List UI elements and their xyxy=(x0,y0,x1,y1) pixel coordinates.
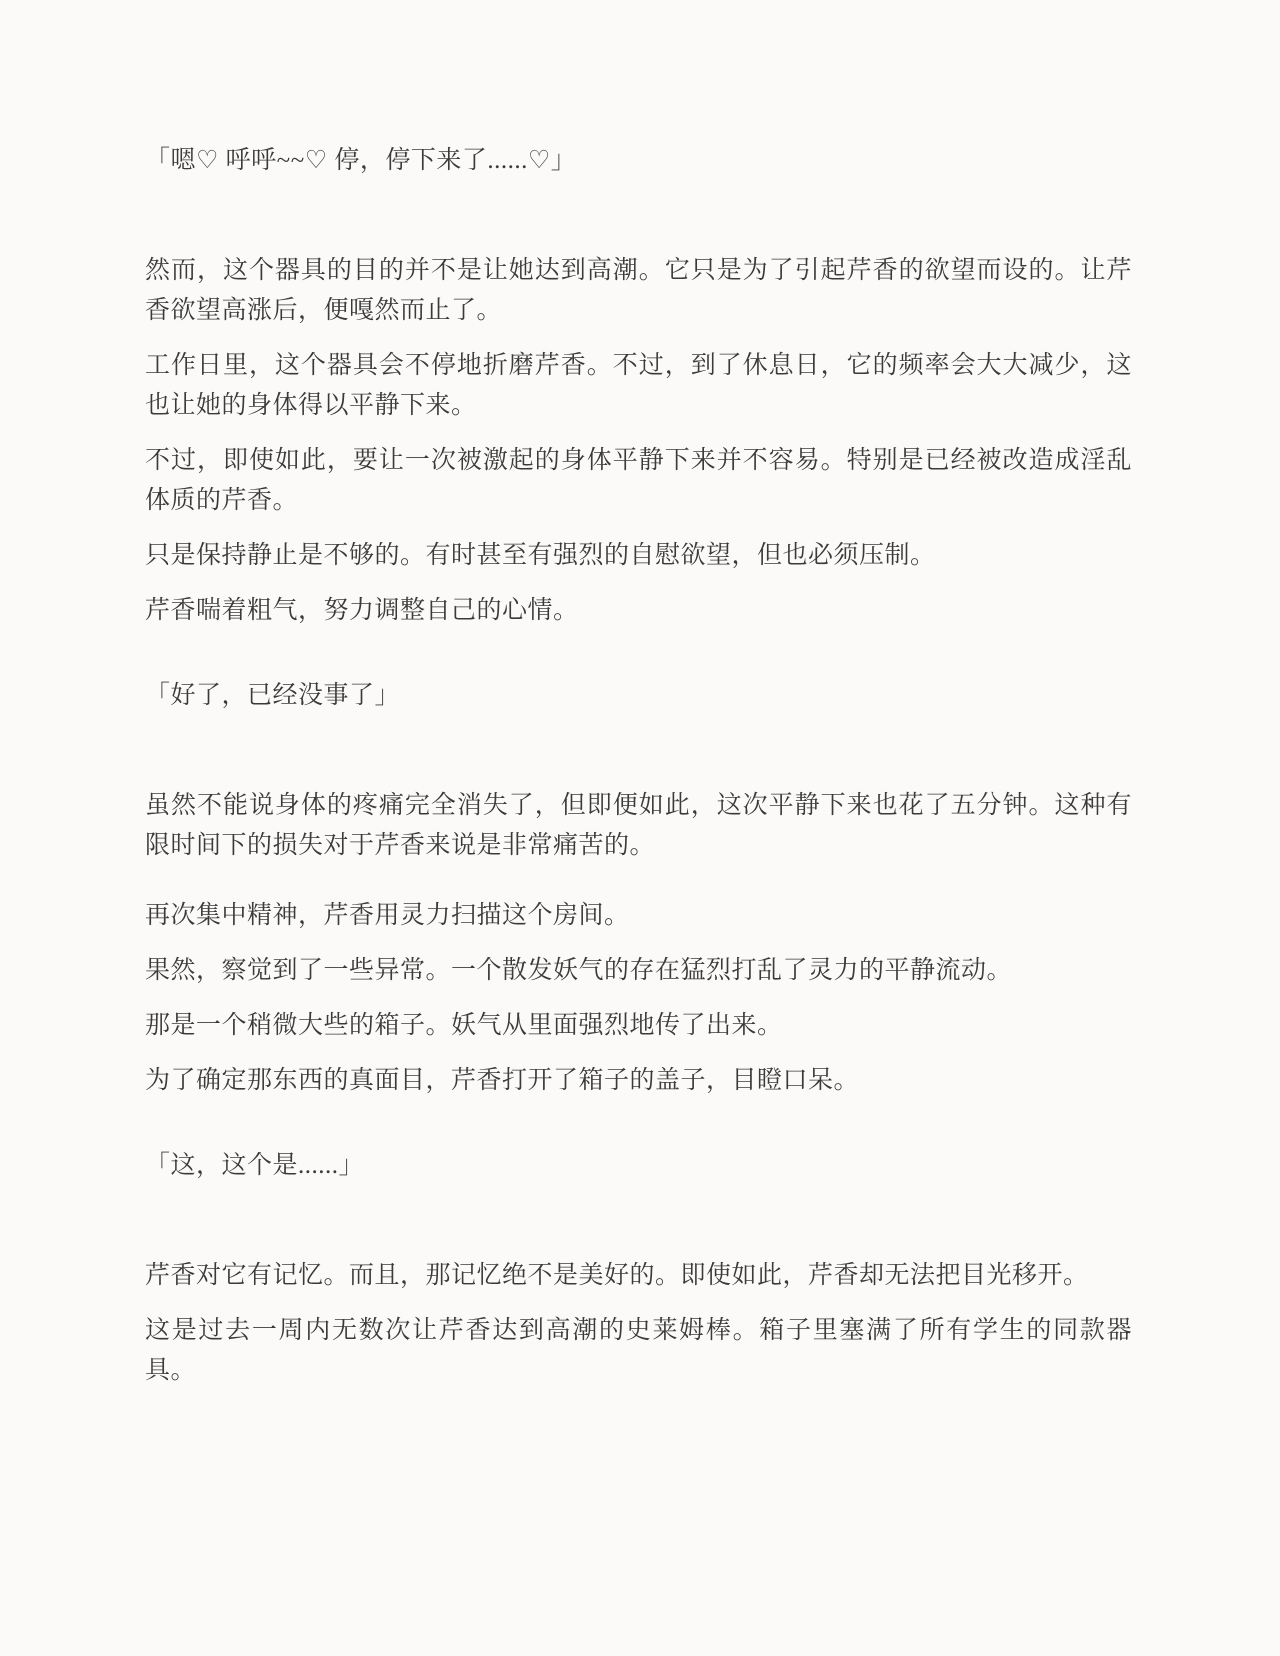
dialogue-line: 「嗯♡ 呼呼~~♡ 停，停下来了......♡」 xyxy=(145,141,1132,181)
paragraph: 芹香喘着粗气，努力调整自己的心情。 xyxy=(145,591,1132,631)
paragraph: 只是保持静止是不够的。有时甚至有强烈的自慰欲望，但也必须压制。 xyxy=(145,536,1132,576)
paragraph: 然而，这个器具的目的并不是让她达到高潮。它只是为了引起芹香的欲望而设的。让芹香欲… xyxy=(145,251,1132,331)
paragraph: 工作日里，这个器具会不停地折磨芹香。不过，到了休息日，它的频率会大大减少，这也让… xyxy=(145,346,1132,426)
paragraph: 不过，即使如此，要让一次被激起的身体平静下来并不容易。特别是已经被改造成淫乱体质… xyxy=(145,441,1132,521)
paragraph: 虽然不能说身体的疼痛完全消失了，但即便如此，这次平静下来也花了五分钟。这种有限时… xyxy=(145,786,1132,866)
paragraph: 芹香对它有记忆。而且，那记忆绝不是美好的。即使如此，芹香却无法把目光移开。 xyxy=(145,1256,1132,1296)
paragraph: 那是一个稍微大些的箱子。妖气从里面强烈地传了出来。 xyxy=(145,1006,1132,1046)
paragraph: 再次集中精神，芹香用灵力扫描这个房间。 xyxy=(145,896,1132,936)
document-page: 「嗯♡ 呼呼~~♡ 停，停下来了......♡」 然而，这个器具的目的并不是让她… xyxy=(0,0,1280,1656)
dialogue-line: 「好了，已经没事了」 xyxy=(145,676,1132,716)
paragraph: 果然，察觉到了一些异常。一个散发妖气的存在猛烈打乱了灵力的平静流动。 xyxy=(145,951,1132,991)
paragraph: 为了确定那东西的真面目，芹香打开了箱子的盖子，目瞪口呆。 xyxy=(145,1061,1132,1101)
paragraph: 这是过去一周内无数次让芹香达到高潮的史莱姆棒。箱子里塞满了所有学生的同款器具。 xyxy=(145,1311,1132,1391)
dialogue-line: 「这，这个是......」 xyxy=(145,1146,1132,1186)
